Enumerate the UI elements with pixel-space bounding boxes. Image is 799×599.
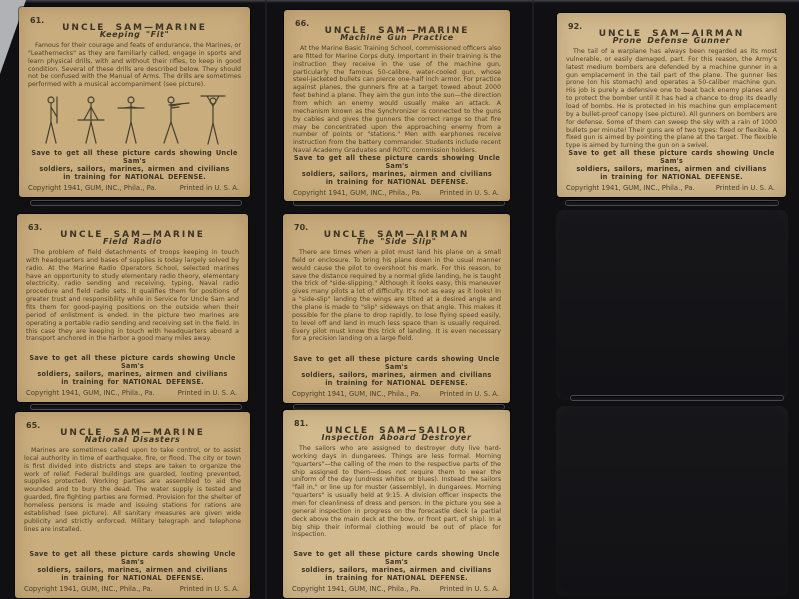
save-promo-text: Save to get all these picture cards show… [28, 150, 241, 182]
card-header: 61. UNCLE SAM—MARINE [28, 15, 241, 27]
printed-text: Printed in U. S. A. [180, 585, 239, 593]
copyright-text: Copyright 1941, GUM, INC., Phila., Pa. [293, 189, 422, 197]
save-line: in training for NATIONAL DEFENSE. [24, 575, 241, 583]
save-line: Save to get all these picture cards show… [24, 551, 241, 567]
pocket-slit [30, 200, 242, 206]
copyright-row: Copyright 1941, GUM, INC., Phila., Pa. P… [26, 389, 239, 397]
card-63-uncle-sam-marine: 63. UNCLE SAM—MARINE Field Radio The pro… [17, 214, 248, 402]
save-line: in training for NATIONAL DEFENSE. [293, 179, 501, 187]
copyright-row: Copyright 1941, GUM, INC., Phila., Pa. P… [566, 184, 777, 192]
card-body-text: The sailors who are assigned to destroye… [292, 445, 501, 539]
save-promo-text: Save to get all these picture cards show… [292, 356, 501, 388]
card-number: 65. [26, 421, 40, 430]
copyright-text: Copyright 1941, GUM, INC., Phila., Pa. [292, 585, 421, 593]
printed-text: Printed in U. S. A. [440, 189, 499, 197]
card-body-text: The tail of a warplane has always been r… [566, 48, 777, 150]
pocket-seam [265, 0, 267, 599]
copyright-text: Copyright 1941, GUM, INC., Phila., Pa. [24, 585, 153, 593]
pocket-slit [565, 200, 779, 206]
copyright-text: Copyright 1941, GUM, INC., Phila., Pa. [28, 184, 157, 192]
card-70-uncle-sam-airman: 70. UNCLE SAM—AIRMAN The "Side Slip" The… [283, 214, 510, 403]
save-line: Save to get all these picture cards show… [566, 150, 777, 166]
save-line: in training for NATIONAL DEFENSE. [292, 380, 501, 388]
card-header: 63. UNCLE SAM—MARINE [26, 222, 239, 234]
card-81-uncle-sam-sailor: 81. UNCLE SAM—SAILOR Inspection Aboard D… [283, 410, 510, 598]
card-number: 66. [295, 19, 309, 28]
save-line: in training for NATIONAL DEFENSE. [28, 174, 241, 182]
pocket-seam [532, 0, 534, 599]
save-line: Save to get all these picture cards show… [292, 551, 501, 567]
card-number: 92. [568, 22, 582, 31]
save-line: in training for NATIONAL DEFENSE. [292, 575, 501, 583]
save-line: Save to get all these picture cards show… [28, 150, 241, 166]
card-number: 81. [294, 419, 308, 428]
card-92-uncle-sam-airman: 92. UNCLE SAM—AIRMAN Prone Defense Gunne… [557, 13, 786, 197]
printed-text: Printed in U. S. A. [180, 184, 239, 192]
card-number: 70. [294, 223, 308, 232]
save-promo-text: Save to get all these picture cards show… [24, 551, 241, 583]
copyright-row: Copyright 1941, GUM, INC., Phila., Pa. P… [292, 585, 501, 593]
card-title: UNCLE SAM—AIRMAN [324, 230, 470, 240]
copyright-text: Copyright 1941, GUM, INC., Phila., Pa. [566, 184, 695, 192]
save-line: Save to get all these picture cards show… [292, 356, 501, 372]
card-header: 70. UNCLE SAM—AIRMAN [292, 222, 501, 234]
card-header: 81. UNCLE SAM—SAILOR [292, 418, 501, 430]
card-number: 61. [30, 16, 44, 25]
card-body-text: The problem of field detachments of troo… [26, 249, 239, 343]
card-title: UNCLE SAM—MARINE [60, 230, 205, 240]
card-title: UNCLE SAM—MARINE [62, 23, 207, 33]
card-65-uncle-sam-marine: 65. UNCLE SAM—MARINE National Disasters … [15, 412, 250, 598]
card-header: 65. UNCLE SAM—MARINE [24, 420, 241, 432]
save-promo-text: Save to get all these picture cards show… [292, 551, 501, 583]
save-line: in training for NATIONAL DEFENSE. [26, 379, 239, 387]
save-line: Save to get all these picture cards show… [293, 155, 501, 171]
card-header: 66. UNCLE SAM—MARINE [293, 18, 501, 30]
save-promo-text: Save to get all these picture cards show… [566, 150, 777, 182]
save-promo-text: Save to get all these picture cards show… [26, 355, 239, 387]
card-66-uncle-sam-marine: 66. UNCLE SAM—MARINE Machine Gun Practic… [284, 10, 510, 201]
card-title: UNCLE SAM—AIRMAN [599, 29, 745, 39]
printed-text: Printed in U. S. A. [440, 585, 499, 593]
exercise-drill-figures-illustration [37, 93, 233, 149]
pocket-slit [570, 395, 784, 401]
card-body-text: Marines are sometimes called upon to tak… [24, 447, 241, 533]
copyright-text: Copyright 1941, GUM, INC., Phila., Pa. [26, 389, 155, 397]
empty-pocket [556, 210, 788, 400]
card-header: 92. UNCLE SAM—AIRMAN [566, 21, 777, 33]
empty-pocket [556, 406, 788, 596]
card-album-page: 61. UNCLE SAM—MARINE Keeping "Fit" Famou… [0, 0, 799, 599]
copyright-row: Copyright 1941, GUM, INC., Phila., Pa. P… [24, 585, 241, 593]
card-title: UNCLE SAM—MARINE [60, 428, 205, 438]
card-title: UNCLE SAM—SAILOR [326, 426, 468, 436]
printed-text: Printed in U. S. A. [440, 390, 499, 398]
save-line: Save to get all these picture cards show… [26, 355, 239, 371]
copyright-row: Copyright 1941, GUM, INC., Phila., Pa. P… [292, 390, 501, 398]
card-body-text: At the Marine Basic Training School, com… [293, 45, 501, 155]
copyright-row: Copyright 1941, GUM, INC., Phila., Pa. P… [28, 184, 241, 192]
card-title: UNCLE SAM—MARINE [325, 26, 470, 36]
save-line: in training for NATIONAL DEFENSE. [566, 174, 777, 182]
printed-text: Printed in U. S. A. [178, 389, 237, 397]
card-body-text: Famous for their courage and feats of en… [28, 42, 241, 89]
album-top-edge [0, 0, 799, 3]
card-number: 63. [28, 223, 42, 232]
card-61-uncle-sam-marine: 61. UNCLE SAM—MARINE Keeping "Fit" Famou… [19, 7, 250, 197]
copyright-row: Copyright 1941, GUM, INC., Phila., Pa. P… [293, 189, 501, 197]
card-body-text: There are times when a pilot must land h… [292, 249, 501, 343]
pocket-slit [30, 404, 242, 410]
save-promo-text: Save to get all these picture cards show… [293, 155, 501, 187]
printed-text: Printed in U. S. A. [716, 184, 775, 192]
copyright-text: Copyright 1941, GUM, INC., Phila., Pa. [292, 390, 421, 398]
